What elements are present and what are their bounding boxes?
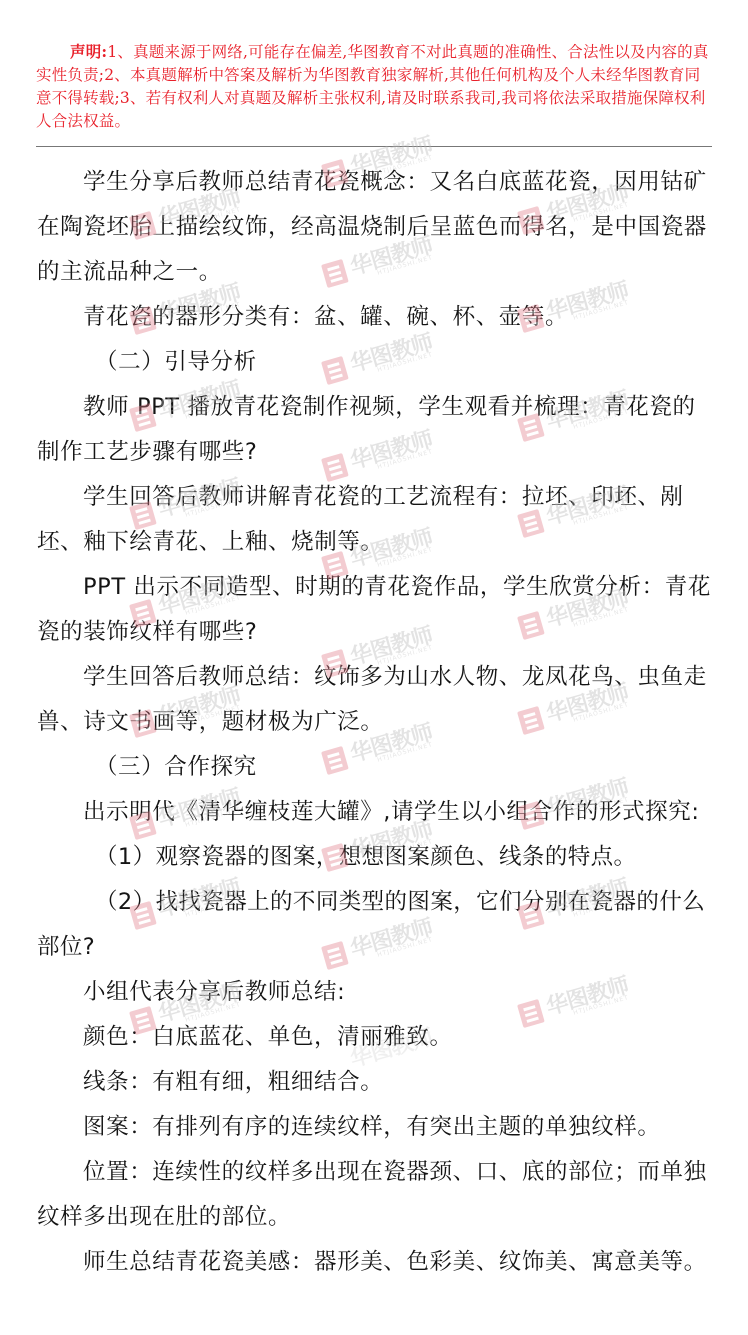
question-1: （1）观察瓷器的图案，想想图案颜色、线条的特点。	[37, 835, 713, 880]
paragraph-concept: 学生分享后教师总结青花瓷概念：又名白底蓝花瓷，因用钴矿在陶瓷坯胎上描绘纹饰，经高…	[37, 160, 713, 295]
summary-lines: 线条：有粗有细，粗细结合。	[37, 1060, 713, 1105]
paragraph-inquiry-intro: 出示明代《清华缠枝莲大罐》,请学生以小组合作的形式探究:	[37, 790, 713, 835]
paragraph-aesthetics: 师生总结青花瓷美感：器形美、色彩美、纹饰美、寓意美等。	[37, 1240, 713, 1285]
header-divider	[36, 146, 712, 147]
paragraph-works: PPT 出示不同造型、时期的青花瓷作品，学生欣赏分析：青花瓷的装饰纹样有哪些?	[37, 565, 713, 655]
section-heading-cooperative-inquiry: （三）合作探究	[37, 745, 713, 790]
question-2: （2）找找瓷器上的不同类型的图案，它们分别在瓷器的什么部位?	[37, 880, 713, 970]
summary-patterns: 图案：有排列有序的连续纹样，有突出主题的单独纹样。	[37, 1105, 713, 1150]
paragraph-shapes: 青花瓷的器形分类有：盆、罐、碗、杯、壶等。	[37, 295, 713, 340]
summary-intro: 小组代表分享后教师总结:	[37, 970, 713, 1015]
lesson-body: 学生分享后教师总结青花瓷概念：又名白底蓝花瓷，因用钴矿在陶瓷坯胎上描绘纹饰，经高…	[37, 160, 713, 1285]
paragraph-video: 教师 PPT 播放青花瓷制作视频，学生观看并梳理：青花瓷的制作工艺步骤有哪些?	[37, 385, 713, 475]
disclaimer-text: 1、真题来源于网络,可能存在偏差,华图教育不对此真题的准确性、合法性以及内容的真…	[36, 43, 709, 130]
paragraph-position: 位置：连续性的纹样多出现在瓷器颈、口、底的部位；而单独纹样多出现在肚的部位。	[37, 1150, 713, 1240]
disclaimer-lead: 声明:	[70, 42, 107, 61]
section-heading-guided-analysis: （二）引导分析	[37, 340, 713, 385]
paragraph-patterns: 学生回答后教师总结：纹饰多为山水人物、龙凤花鸟、虫鱼走兽、诗文书画等，题材极为广…	[37, 655, 713, 745]
summary-color: 颜色：白底蓝花、单色，清丽雅致。	[37, 1015, 713, 1060]
document-page: 声明:1、真题来源于网络,可能存在偏差,华图教育不对此真题的准确性、合法性以及内…	[0, 0, 748, 1335]
disclaimer-notice: 声明:1、真题来源于网络,可能存在偏差,华图教育不对此真题的准确性、合法性以及内…	[36, 40, 712, 133]
paragraph-process: 学生回答后教师讲解青花瓷的工艺流程有：拉坯、印坯、剐坯、釉下绘青花、上釉、烧制等…	[37, 475, 713, 565]
